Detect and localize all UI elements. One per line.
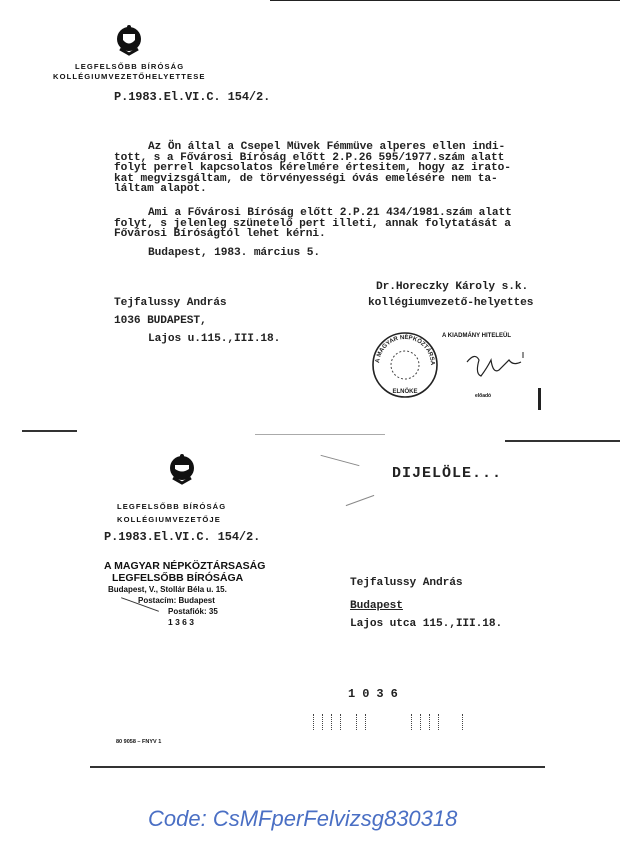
- text-line: Fővárosi Bíróságtól lehet kérni.: [114, 229, 512, 240]
- postal-code: 1 0 3 6: [348, 689, 398, 700]
- envelope-reference: P.1983.El.VI.C. 154/2.: [104, 532, 260, 543]
- fold-line: [22, 430, 77, 432]
- svg-text:ELNÖKE: ELNÖKE: [392, 388, 417, 395]
- institution-department: KOLLÉGIUMVEZETŐHELYETTESE: [53, 72, 206, 81]
- return-address: A MAGYAR NÉPKÖZTÁRSASÁG LEGFELSŐBB BÍRÓS…: [104, 560, 265, 627]
- envelope-bottom-edge: [90, 766, 545, 768]
- recipient-city: 1036 BUDAPEST,: [114, 316, 207, 327]
- handwritten-signature-icon: [463, 350, 528, 385]
- envelope-institution-name: LEGFELSŐBB BÍRÓSÁG: [117, 502, 226, 511]
- recipient-name: Tejfalussy András: [114, 298, 226, 309]
- scan-top-edge: [270, 0, 620, 1]
- document-code: Code: CsMFperFelvizsg830318: [148, 806, 457, 832]
- institution-name: LEGFELSŐBB BÍRÓSÁG: [75, 62, 184, 71]
- letter-date: Budapest, 1983. március 5.: [148, 248, 320, 259]
- form-code: 80 9058 – FNYV 1: [116, 739, 161, 745]
- return-address-line: LEGFELSŐBB BÍRÓSÁGA: [104, 572, 265, 584]
- fold-line: [505, 440, 620, 442]
- return-address-line: A MAGYAR NÉPKÖZTÁRSASÁG: [104, 560, 265, 572]
- recipient-street: Lajos u.115.,III.18.: [148, 334, 280, 345]
- text-line: Ami a Fővárosi Bíróság előtt 2.P.21 434/…: [114, 208, 512, 219]
- coat-of-arms-icon: [165, 453, 199, 487]
- text-line: láltam alapot.: [114, 184, 511, 195]
- scan-mark: [538, 388, 541, 410]
- envelope-recipient-city: Budapest: [350, 601, 403, 612]
- signatory-title: kollégiumvezető-helyettes: [368, 298, 533, 309]
- certification-label: A KIADMÁNY HITELEÜL: [442, 333, 511, 339]
- envelope-recipient-street: Lajos utca 115.,III.18.: [350, 619, 502, 630]
- certification-under: előadó: [475, 393, 491, 399]
- letter-paragraph-2: Ami a Fővárosi Bíróság előtt 2.P.21 434/…: [114, 208, 512, 240]
- return-address-line: Postafiók: 35: [104, 606, 265, 617]
- postal-barcode: [313, 714, 471, 735]
- signatory-name: Dr.Horeczky Károly s.k.: [376, 282, 528, 293]
- fold-line: [255, 434, 385, 435]
- postage-stamp-text: DIJELÖLE...: [392, 465, 502, 482]
- text-line: Az Ön által a Csepel Müvek Fémmüve alper…: [114, 142, 511, 153]
- reference-number: P.1983.El.VI.C. 154/2.: [114, 92, 270, 103]
- stamp-smudge: [321, 455, 360, 466]
- official-seal-icon: A MAGYAR NÉPKÖZTÁRSASÁG ELNÖKE: [370, 330, 440, 400]
- return-address-line: Budapest, V., Stollár Béla u. 15.: [104, 584, 265, 595]
- coat-of-arms-icon: [112, 24, 146, 58]
- letter-paragraph-1: Az Ön által a Csepel Müvek Fémmüve alper…: [114, 142, 511, 195]
- stamp-smudge: [346, 495, 375, 506]
- envelope-institution-department: KOLLÉGIUMVEZETŐJE: [117, 515, 221, 524]
- return-address-line: 1 3 6 3: [104, 617, 265, 627]
- envelope-recipient-name: Tejfalussy András: [350, 578, 462, 589]
- svg-text:A MAGYAR NÉPKÖZTÁRSASÁG: A MAGYAR NÉPKÖZTÁRSASÁG: [370, 330, 435, 366]
